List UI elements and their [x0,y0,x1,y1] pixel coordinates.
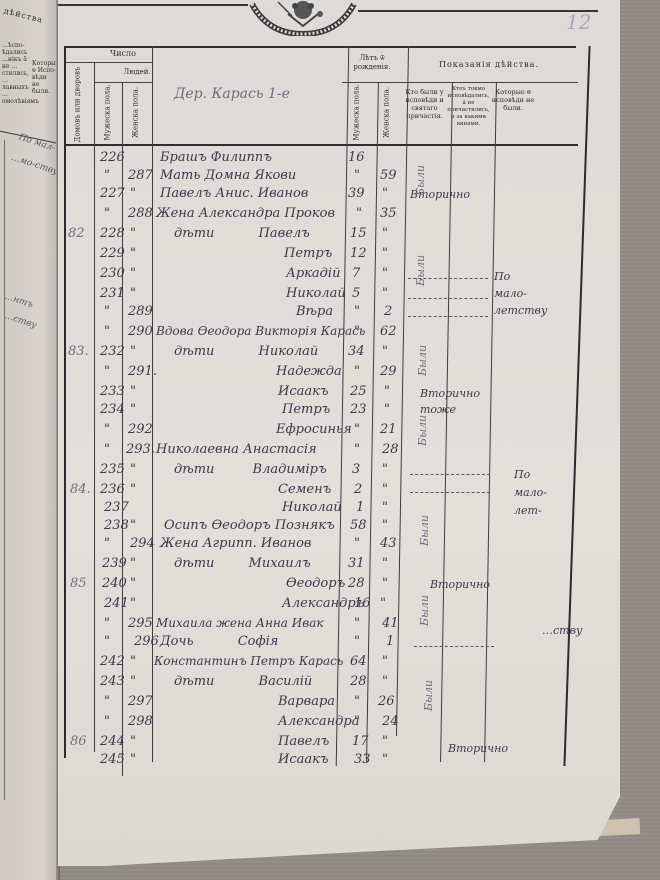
top-rule [358,10,598,12]
age-male: 28 [350,674,367,689]
left-page-rule [4,140,5,800]
person-name: Надежда [276,364,342,379]
age-male: 23 [350,402,367,417]
age-male: " [354,422,360,437]
dash-line [408,316,488,318]
male-number: " [104,206,110,221]
female-number: " [130,226,136,241]
age-female: " [382,576,388,591]
age-male: 31 [348,556,365,571]
person-name: дѣти Николай [174,344,318,359]
age-female: " [382,674,388,689]
left-page-note: …нтъ [3,292,34,311]
left-page: а дѣйства …ѣспо-ѣдались …нікъ ã не …стил… [0,0,60,880]
age-male: " [356,206,362,221]
confession-note: Вторично [430,578,490,591]
male-number: 230 [100,266,125,281]
age-male: 64 [350,654,367,669]
age-male: 3 [352,462,360,477]
left-page-note: …ству [3,311,38,331]
age-female: " [382,734,388,749]
person-name: Ѳеодоръ [286,576,345,591]
age-female: " [380,596,386,611]
female-number: 294 [130,536,155,551]
age-male: 1 [356,500,364,515]
confession-note: …ству [542,624,582,637]
male-number: 237 [104,500,129,515]
female-number: " [130,462,136,477]
confession-mark: Были [416,345,429,376]
female-number: 290 [128,324,153,339]
female-number: " [130,518,136,533]
male-number: " [104,694,110,709]
male-number: 232 [100,344,125,359]
age-female: 21 [380,422,397,437]
age-female: 59 [380,168,397,183]
female-number: " [130,286,136,301]
age-male: " [354,442,360,457]
female-number: " [130,344,136,359]
age-male: 33 [354,752,371,767]
age-female: " [382,344,388,359]
confession-note: Вторично тоже [420,386,490,418]
person-name: Николай [282,500,342,515]
age-male: 58 [350,518,367,533]
header-male: Мужеска пола. [104,83,113,143]
person-name: Вѣра [296,304,333,319]
male-number: " [104,634,110,649]
confession-note: По мало-летству [494,268,538,319]
left-page-note: …мо-ству [10,153,60,178]
male-number: " [104,324,110,339]
age-male: 39 [348,186,365,201]
person-name: Семенъ [278,482,331,497]
female-number: 295 [128,616,153,631]
register-table: Число Домовъ или дворовъ Людей. Мужеска … [64,46,584,766]
header-let-ot-rozhdeniya: Лѣтъ ѿ рожденія. [342,54,402,72]
top-rule [58,4,248,6]
female-number: " [130,266,136,281]
column-rule [94,62,95,752]
household-number: 84. [70,482,91,497]
age-female: 35 [380,206,397,221]
age-female: 43 [380,536,397,551]
age-male: 12 [350,246,367,261]
confession-mark: Были [422,680,435,711]
age-female: 29 [380,364,397,379]
column-rule [484,82,497,762]
female-number: " [130,576,136,591]
male-number: " [104,364,110,379]
person-name: Александра [278,714,360,729]
female-number: " [130,752,136,767]
header-pokazaniya: Показанія дѣйства. [402,60,576,69]
person-name: Вдова Ѳеодора Викторія Карась [156,324,365,338]
male-number: 244 [100,734,125,749]
header-age-male: Мужеска пола. [353,83,362,143]
confession-note: По мало-лет- [514,466,544,520]
male-number: 226 [100,150,125,165]
double-headed-eagle-emblem-icon [248,0,358,36]
person-name: Николаевна Анастасія [156,442,317,457]
person-name: Исаакъ [278,752,329,767]
header-col-tokmo: Ктоъ токмо исповѣдались, ã не причастили… [447,86,490,128]
age-female: " [382,226,388,241]
confession-mark: Были [416,415,429,446]
age-male: 5 [352,286,360,301]
header-col-ispoved: Кто были у исповѣди и святаго причастія. [403,88,446,120]
person-name: Константинъ Петръ Карась [154,654,343,668]
dash-line [414,646,494,648]
male-number: 231 [100,286,125,301]
female-number: " [130,734,136,749]
dash-line [410,492,490,494]
female-number: 292 [128,422,153,437]
age-male: 25 [350,384,367,399]
age-male: " [354,324,360,339]
age-female: " [382,286,388,301]
age-male: 16 [348,150,365,165]
age-female: " [382,654,388,669]
age-male: " [354,364,360,379]
female-number: " [130,402,136,417]
column-rule [396,46,409,736]
female-number: " [130,186,136,201]
male-number: " [104,422,110,437]
age-female: " [382,556,388,571]
column-rule [152,46,153,762]
person-name: Михаила жена Анна Ивак [156,616,324,630]
male-number: 229 [100,246,125,261]
age-male: " [354,694,360,709]
left-page-col-1: …ѣспо-ѣдались …нікъ ã не …стились, …лавн… [2,42,28,105]
person-name: Петръ [282,402,330,417]
female-number: " [130,654,136,669]
header-lyudei: Людей. [122,68,152,77]
age-female: 1 [386,634,394,649]
age-female: " [382,266,388,281]
person-name: Павелъ [278,734,329,749]
age-female: " [382,500,388,515]
dash-line [410,474,490,476]
column-rule [366,82,379,762]
male-number: 239 [102,556,127,571]
male-number: 238 [104,518,129,533]
age-female: 62 [380,324,397,339]
header-bottom-border [64,144,578,146]
age-female: 2 [384,304,392,319]
person-name: Осипъ Ѳеодоръ Познякъ [164,518,335,533]
age-male: " [354,304,360,319]
male-number: " [104,304,110,319]
age-female: 26 [378,694,395,709]
male-number: 234 [100,402,125,417]
age-male: " [354,616,360,631]
male-number: 241 [104,596,129,611]
male-number: " [104,536,110,551]
person-name: Варвара [278,694,335,709]
age-female: " [382,482,388,497]
table-right-border [563,46,590,766]
female-number: 288 [128,206,153,221]
age-male: 17 [352,734,369,749]
male-number: " [104,168,110,183]
person-name: Исаакъ [278,384,329,399]
header-female: Женска пола. [132,83,141,143]
person-name: Ефросинья [276,422,352,437]
male-number: 240 [102,576,127,591]
male-number: " [104,442,110,457]
person-name: дѣти Павелъ [174,226,310,241]
age-male: " [354,168,360,183]
header-age-female: Женска пола. [383,83,392,143]
person-name: Аркадій [286,266,340,281]
male-number: 228 [100,226,125,241]
age-male: 34 [348,344,365,359]
male-number: 233 [100,384,125,399]
age-female: " [382,186,388,201]
table-left-border [64,46,66,758]
person-name: дѣти Василій [174,674,312,689]
table-top-border [64,46,576,48]
age-male: 15 [350,226,367,241]
male-number: " [104,616,110,631]
male-number: 227 [100,186,125,201]
header-chislo: Число [94,49,152,58]
register-page: 12 Число Домовъ или дворовъ Людей. Мужес… [58,0,620,866]
person-name: Жена Агрипп. Иванов [160,536,311,551]
person-name: Петръ [284,246,332,261]
female-number: 291. [128,364,157,379]
male-number: 242 [100,654,125,669]
left-page-col-2: Которые ѿ Испо-вѣди не были. [32,60,56,95]
person-name: Николай [286,286,346,301]
household-number: 86 [70,734,87,749]
header-col-ne-byli: Которые ѿ исповѣди не были. [491,88,535,112]
male-number: 236 [100,482,125,497]
person-name: Жена Александра Проков [156,206,335,221]
confession-mark: Были [414,165,427,196]
male-number: 243 [100,674,125,689]
household-number: 82 [68,226,85,241]
person-name: Мать Домна Якови [160,168,296,183]
female-number: 289 [128,304,153,319]
confession-note: Вторично [448,742,508,755]
page-number: 12 [566,10,591,34]
age-female: 24 [382,714,399,729]
age-female: " [382,752,388,767]
person-name: дѣти Владиміръ [174,462,327,477]
person-name: Александръ [282,596,364,611]
female-number: " [130,246,136,261]
age-female: " [382,246,388,261]
age-female: 41 [382,616,399,631]
age-male: " [354,634,360,649]
male-number: 245 [100,752,125,767]
age-female: 28 [382,442,399,457]
person-name: Брашъ Филиппъ [160,150,272,165]
village-title: Дер. Карась 1-е [174,90,290,99]
age-male: 7 [352,266,360,281]
female-number: " [130,384,136,399]
age-male: 28 [348,576,365,591]
female-number: " [130,556,136,571]
person-name: дѣти Михаилъ [174,556,311,571]
age-male: " [354,536,360,551]
female-number: " [130,674,136,689]
confession-mark: Были [418,595,431,626]
female-number: 296 [134,634,159,649]
age-male: " [354,714,360,729]
column-rule [440,82,453,762]
confession-mark: Были [418,515,431,546]
female-number: 298 [128,714,153,729]
age-female: " [384,384,390,399]
male-number: 235 [100,462,125,477]
male-number: " [104,714,110,729]
confession-mark: Были [414,255,427,286]
female-number: " [130,482,136,497]
dash-line [408,298,488,300]
age-male: 16 [354,596,371,611]
age-male: 2 [354,482,362,497]
female-number: 297 [128,694,153,709]
person-name: Павелъ Анис. Иванов [160,186,308,201]
female-number: 287 [128,168,153,183]
household-number: 85 [70,576,87,591]
female-number: 293. [126,442,155,457]
age-female: " [382,462,388,477]
dash-line [408,278,488,280]
female-number: " [130,596,136,611]
household-number: 83. [68,344,89,359]
age-female: " [384,402,390,417]
person-name: Дочь Софія [160,634,278,649]
age-female: " [382,518,388,533]
header-dvorov: Домовъ или дворовъ [74,59,83,151]
